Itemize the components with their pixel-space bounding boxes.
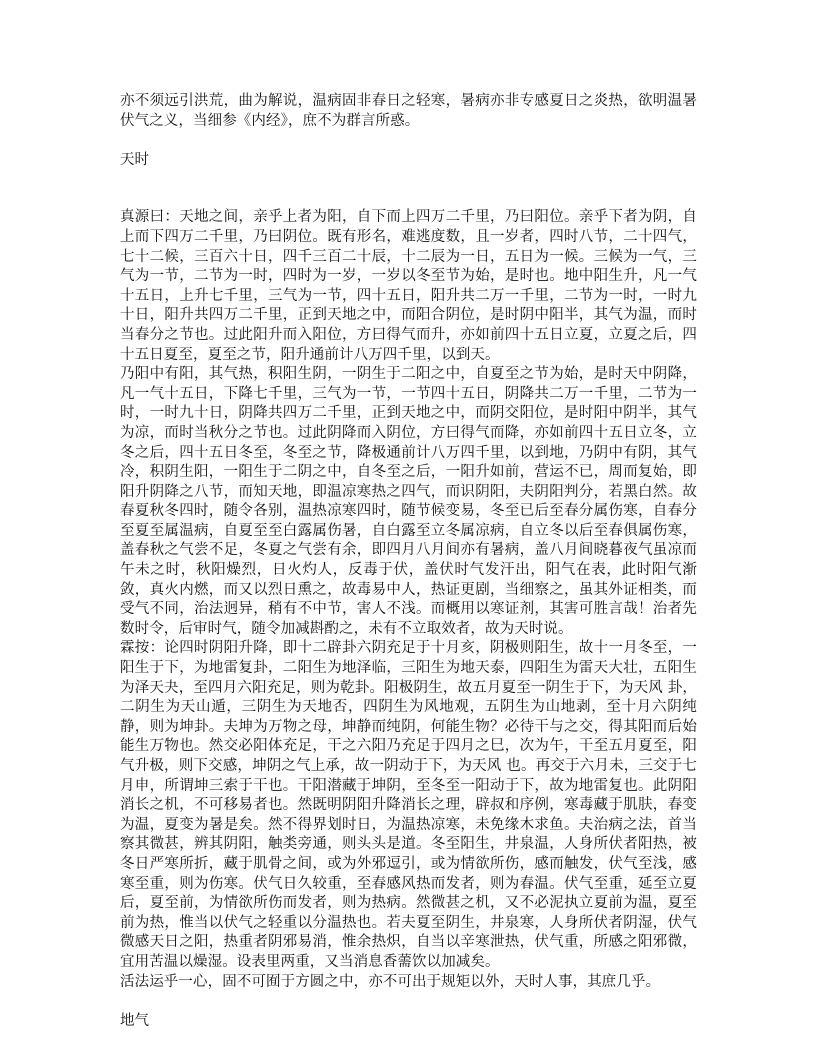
paragraph-huofa: 活法运乎一心，固不可囿于方圆之中，亦不可出于规矩以外，天时人事，其庶几乎。: [120, 973, 697, 993]
spacer: [120, 992, 697, 1012]
intro-paragraph: 亦不须远引洪荒，曲为解说，温病固非春日之轻寒，暑病亦非专感夏日之炎热，欲明温暑伏…: [120, 92, 697, 131]
paragraph-linan: 霖按：论四时阴阳升降，即十二辟卦六阴充足于十月亥，阴极则阳生，故十一月冬至，一阳…: [120, 639, 697, 972]
paragraph-yangzhongyouyang: 乃阳中有阳，其气热，积阳生阴，一阴生于二阳之中，自夏至之节为始，是时天中阴降，凡…: [120, 365, 697, 639]
paragraph-zhenyuan: 真源曰：天地之间，亲乎上者为阳，自下而上四万二千里，乃曰阳位。亲乎下者为阴，自上…: [120, 208, 697, 365]
spacer: [120, 131, 697, 151]
spacer: [120, 170, 697, 208]
document-page: 亦不须远引洪荒，曲为解说，温病固非春日之轻寒，暑病亦非专感夏日之炎热，欲明温暑伏…: [120, 92, 697, 1031]
section-heading-tianshi: 天时: [120, 151, 697, 171]
section-heading-diqi: 地气: [120, 1012, 697, 1032]
